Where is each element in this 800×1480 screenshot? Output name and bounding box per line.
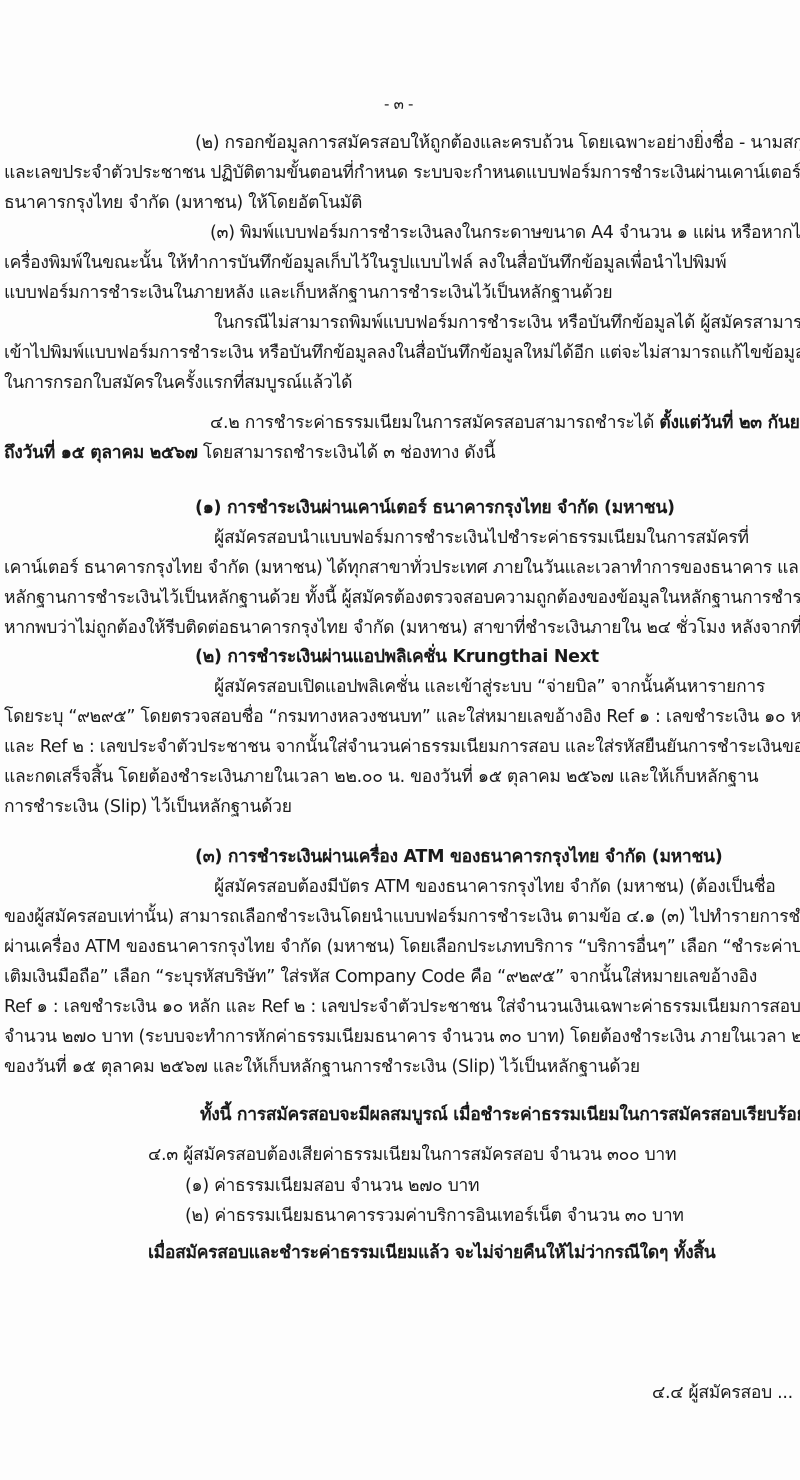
fee-exam: (๑) ค่าธรรมเนียมสอบ จำนวน ๒๗๐ บาท: [185, 1174, 479, 1198]
paragraph-line: ของวันที่ ๑๕ ตุลาคม ๒๕๖๗ และให้เก็บหลักฐ…: [4, 1055, 640, 1079]
heading-atm-payment: (๓) การชำระเงินผ่านเครื่อง ATM ของธนาคาร…: [195, 845, 722, 869]
paragraph-line: ของผู้สมัครสอบเท่านั้น) สามารถเลือกชำระเ…: [4, 905, 800, 929]
paragraph-line: หากพบว่าไม่ถูกต้องให้รีบติดต่อธนาคารกรุง…: [4, 616, 800, 640]
paragraph-line: ในการกรอกใบสมัครในครั้งแรกที่สมบูรณ์แล้ว…: [4, 371, 352, 395]
paragraph-line: ผู้สมัครสอบนำแบบฟอร์มการชำระเงินไปชำระค่…: [214, 526, 749, 550]
item-2-fill-form: (๒) กรอกข้อมูลการสมัครสอบให้ถูกต้องและคร…: [195, 131, 800, 155]
section-4-2: ๔.๒ การชำระค่าธรรมเนียมในการสมัครสอบสามา…: [210, 411, 800, 435]
paragraph-line: จำนวน ๒๗๐ บาท (ระบบจะทำการหักค่าธรรมเนีย…: [4, 1025, 800, 1049]
paragraph-line: โดยระบุ “๙๒๙๕” โดยตรวจสอบชื่อ “กรมทางหลว…: [4, 705, 800, 729]
document-page: - ๓ - (๒) กรอกข้อมูลการสมัครสอบให้ถูกต้อ…: [0, 0, 800, 1480]
paragraph-line: ผู้สมัครสอบต้องมีบัตร ATM ของธนาคารกรุงไ…: [214, 875, 776, 899]
paragraph-line: ผู้สมัครสอบเปิดแอปพลิเคชั่น และเข้าสู่ระ…: [214, 675, 765, 699]
paragraph-line: เข้าไปพิมพ์แบบฟอร์มการชำระเงิน หรือบันทึ…: [4, 341, 800, 365]
page-number: - ๓ -: [384, 92, 413, 116]
paragraph-line: ในกรณีไม่สามารถพิมพ์แบบฟอร์มการชำระเงิน …: [214, 311, 800, 335]
paragraph-line: และเลขประจำตัวประชาชน ปฏิบัติตามขั้นตอนท…: [4, 161, 800, 185]
heading-app-payment: (๒) การชำระเงินผ่านแอปพลิเคชั่น Krungtha…: [195, 645, 599, 669]
section-4-2-text: ๔.๒ การชำระค่าธรรมเนียมในการสมัครสอบสามา…: [210, 413, 659, 433]
paragraph-line: และกดเสร็จสิ้น โดยต้องชำระเงินภายในเวลา …: [4, 765, 758, 789]
section-4-3: ๔.๓ ผู้สมัครสอบต้องเสียค่าธรรมเนียมในการ…: [148, 1143, 676, 1167]
paragraph-line: ถึงวันที่ ๑๕ ตุลาคม ๒๕๖๗ โดยสามารถชำระเง…: [4, 441, 495, 465]
paragraph-line: และ Ref ๒ : เลขประจำตัวประชาชน จากนั้นใส…: [4, 735, 800, 759]
paragraph-line: ผ่านเครื่อง ATM ของธนาคารกรุงไทย จำกัด (…: [4, 935, 800, 959]
paragraph-line: Ref ๑ : เลขชำระเงิน ๑๐ หลัก และ Ref ๒ : …: [4, 995, 800, 1019]
paragraph-line: เติมเงินมือถือ” เลือก “ระบุรหัสบริษัท” ใ…: [4, 965, 757, 989]
note-registration-complete: ทั้งนี้ การสมัครสอบจะมีผลสมบูรณ์ เมื่อชำ…: [200, 1103, 800, 1127]
paragraph-line: หลักฐานการชำระเงินไว้เป็นหลักฐานด้วย ทั้…: [4, 586, 800, 610]
paragraph-line: การชำระเงิน (Slip) ไว้เป็นหลักฐานด้วย: [4, 795, 292, 819]
paragraph-line: เคาน์เตอร์ ธนาคารกรุงไทย จำกัด (มหาชน) ไ…: [4, 556, 800, 580]
fee-bank: (๒) ค่าธรรมเนียมธนาคารรวมค่าบริการอินเทอ…: [185, 1204, 684, 1228]
item-3-print-form: (๓) พิมพ์แบบฟอร์มการชำระเงินลงในกระดาษขน…: [210, 221, 800, 245]
payment-end-date: ถึงวันที่ ๑๕ ตุลาคม ๒๕๖๗: [4, 443, 198, 463]
payment-channels-text: โดยสามารถชำระเงินได้ ๓ ช่องทาง ดังนี้: [198, 443, 496, 463]
paragraph-line: ธนาคารกรุงไทย จำกัด (มหาชน) ให้โดยอัตโนม…: [4, 191, 362, 215]
heading-counter-payment: (๑) การชำระเงินผ่านเคาน์เตอร์ ธนาคารกรุง…: [195, 496, 675, 520]
paragraph-line: แบบฟอร์มการชำระเงินในภายหลัง และเก็บหลัก…: [4, 281, 612, 305]
note-no-refund: เมื่อสมัครสอบและชำระค่าธรรมเนียมแล้ว จะไ…: [148, 1241, 715, 1265]
continuation-marker: ๔.๔ ผู้สมัครสอบ ...: [652, 1381, 793, 1405]
payment-start-date: ตั้งแต่วันที่ ๒๓ กันยายน ๒๕๖๗: [659, 413, 800, 433]
paragraph-line: เครื่องพิมพ์ในขณะนั้น ให้ทำการบันทึกข้อม…: [4, 251, 726, 275]
